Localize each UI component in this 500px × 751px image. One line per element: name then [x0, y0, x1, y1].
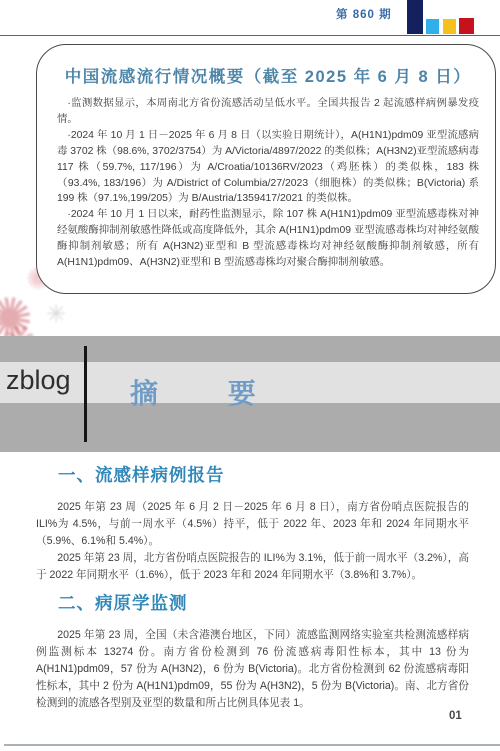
summary-box-title: 中国流感流行情况概要（截至 2025 年 6 月 8 日） — [57, 63, 479, 87]
logo-bar-navy-icon — [407, 0, 423, 34]
logo-bar-red-icon — [459, 18, 474, 34]
zblog-watermark-label: zblog — [6, 365, 71, 396]
summary-paragraph: ·2024 年 10 月 1 日－2025 年 6 月 8 日（以实验日期统计）… — [57, 128, 479, 208]
logo-bar-blue-icon — [426, 19, 439, 34]
summary-paragraph: ·监测数据显示，本周南北方省份流感活动呈低水平。全国共报告 2 起流感样病例暴发… — [57, 96, 479, 128]
page-number: 01 — [449, 710, 462, 722]
section-paragraph: 2025 年第 23 周，全国（未含港澳台地区，下同）流感监测网络实验室共检测流… — [36, 627, 469, 712]
section-etiology-heading: 二、病原学监测 — [58, 590, 469, 615]
summary-paragraph: ·2024 年 10 月 1 日以来，耐药性监测显示，除 107 株 A(H1N… — [57, 207, 479, 271]
footer-divider — [4, 744, 500, 746]
section-ili-report: 一、流感样病例报告 2025 年第 23 周（2025 年 6 月 2 日－20… — [36, 462, 469, 584]
section-etiology-surveillance: 二、病原学监测 2025 年第 23 周，全国（未含港澳台地区，下同）流感监测网… — [36, 590, 469, 712]
watermark-overlay-band: zblog 摘 要 — [0, 336, 500, 452]
section-ili-report-heading: 一、流感样病例报告 — [58, 462, 469, 487]
abstract-heading: 摘 要 — [130, 372, 286, 412]
section-paragraph: 2025 年第 23 周，北方省份哨点医院报告的 ILI%为 3.1%，低于前一… — [36, 550, 469, 584]
logo-bar-yellow-icon — [443, 19, 456, 34]
virus-watermark-icon: ✳ — [46, 300, 66, 329]
header-divider — [0, 35, 500, 36]
report-page: 第 860 期 ✺ ✺ ❋ ✳ ✳ 中国流感流行情况概要（截至 2025 年 6… — [0, 0, 500, 751]
summary-box: 中国流感流行情况概要（截至 2025 年 6 月 8 日） ·监测数据显示，本周… — [36, 44, 496, 294]
summary-box-body: ·监测数据显示，本周南北方省份流感活动呈低水平。全国共报告 2 起流感样病例暴发… — [57, 96, 479, 271]
issue-number-label: 第 860 期 — [336, 6, 392, 22]
watermark-divider-line — [84, 346, 87, 442]
section-paragraph: 2025 年第 23 周（2025 年 6 月 2 日－2025 年 6 月 8… — [36, 499, 469, 550]
